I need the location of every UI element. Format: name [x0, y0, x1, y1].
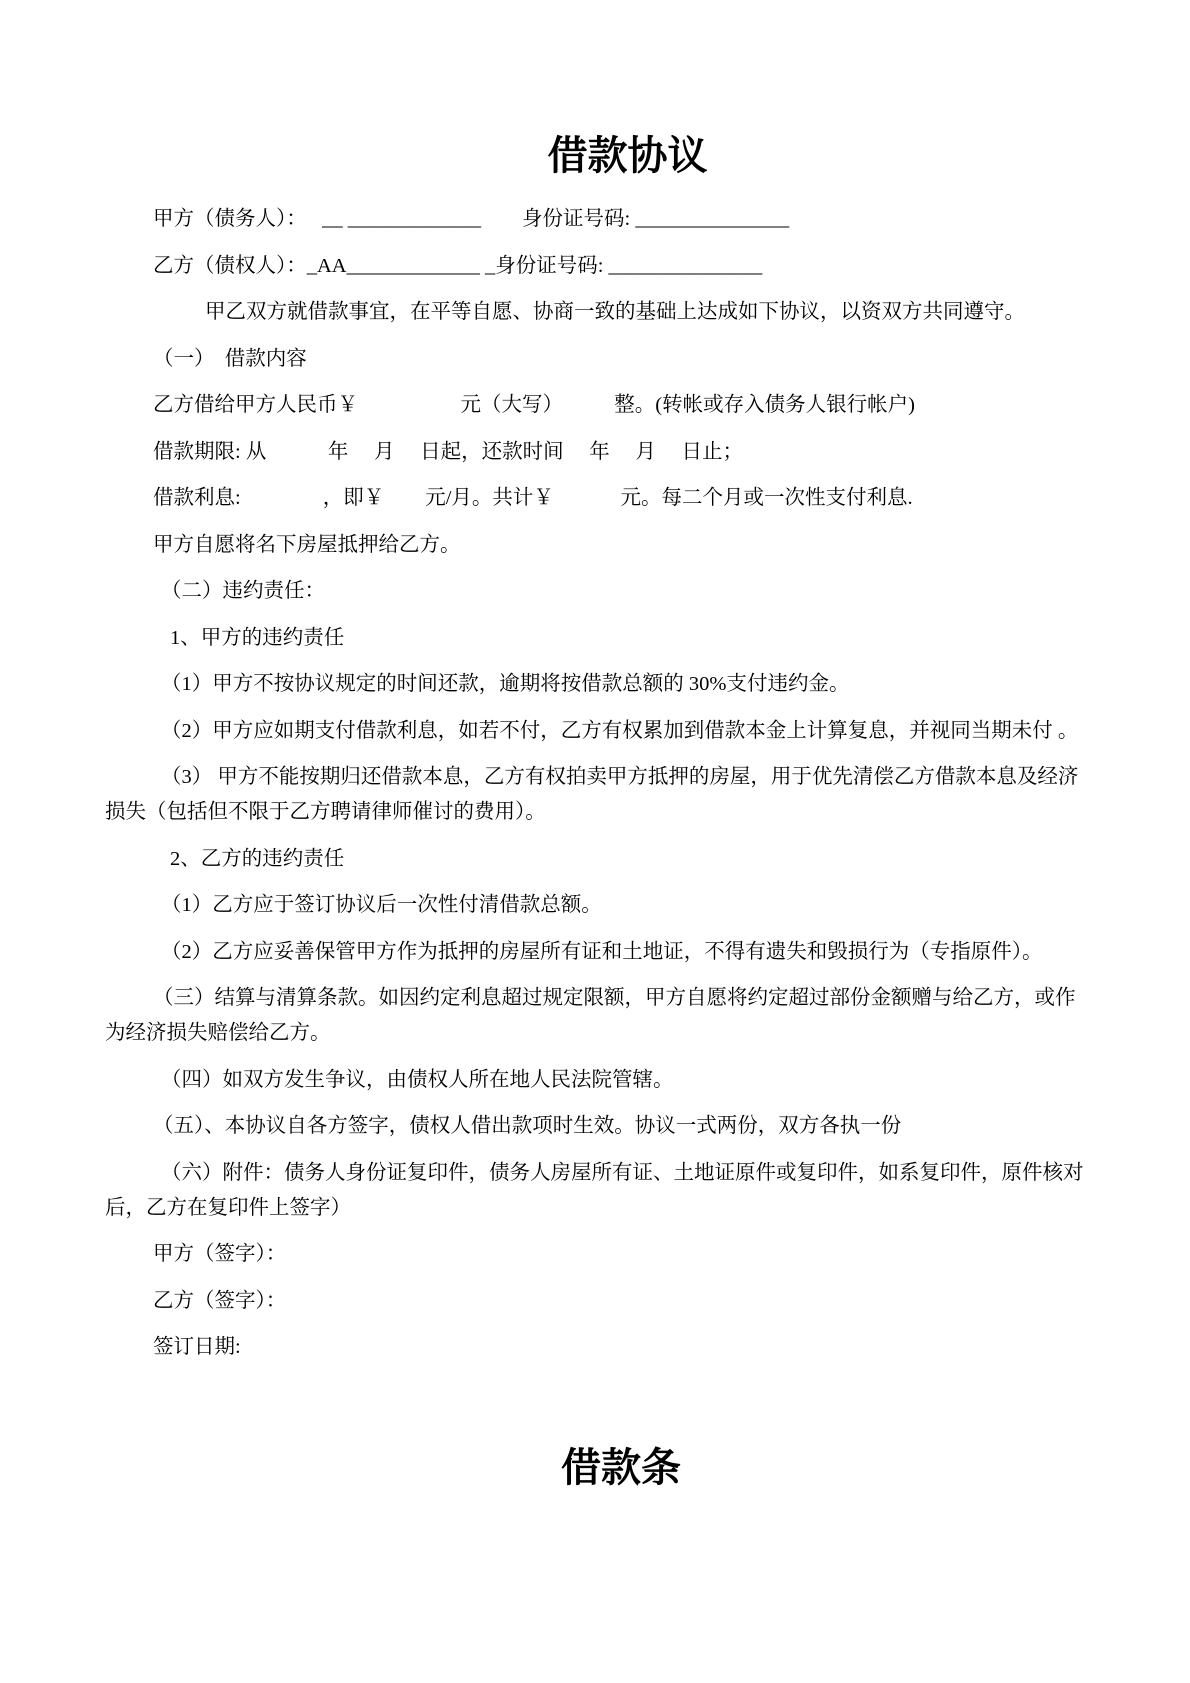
party-a-breach-heading: 1、甲方的违约责任 — [105, 621, 1090, 656]
loan-term-line: 借款期限: 从 年 月 日起，还款时间 年 月 日止； — [105, 435, 1090, 470]
second-page-title: 借款条 — [105, 1442, 1090, 1494]
party-a-signature-line: 甲方（签字）： — [105, 1237, 1090, 1272]
party-b-line: 乙方（债权人）：_AA_____________ _身份证号码: _______… — [105, 249, 1090, 284]
section-1-heading: （一） 借款内容 — [105, 342, 1090, 377]
party-a-breach-item-3: （3） 甲方不能按期归还借款本息，乙方有权拍卖甲方抵押的房屋，用于优先清偿乙方借… — [105, 760, 1090, 830]
preamble: 甲乙双方就借款事宜，在平等自愿、协商一致的基础上达成如下协议，以资双方共同遵守。 — [105, 295, 1090, 330]
party-a-breach-item-2: （2）甲方应如期支付借款利息，如若不付，乙方有权累加到借款本金上计算复息，并视同… — [105, 714, 1090, 749]
page-title: 借款协议 — [105, 0, 1090, 182]
section-6-clause: （六）附件：债务人身份证复印件，债务人房屋所有证、土地证原件或复印件，如系复印件… — [105, 1156, 1090, 1226]
party-a-breach-item-1: （1）甲方不按协议规定的时间还款，逾期将按借款总额的 30%支付违约金。 — [105, 667, 1090, 702]
loan-agreement-document: 借款协议 甲方（债务人）： __ _____________ 身份证号码: __… — [0, 0, 1190, 1683]
section-4-clause: （四）如双方发生争议，由债权人所在地人民法院管辖。 — [105, 1063, 1090, 1098]
signing-date-line: 签订日期: — [105, 1330, 1090, 1365]
party-b-breach-heading: 2、乙方的违约责任 — [105, 842, 1090, 877]
mortgage-line: 甲方自愿将名下房屋抵押给乙方。 — [105, 528, 1090, 563]
section-5-clause: （五）、本协议自各方签字，债权人借出款项时生效。协议一式两份，双方各执一份 — [105, 1109, 1090, 1144]
loan-interest-line: 借款利息: ，即￥ 元/月。共计￥ 元。每二个月或一次性支付利息. — [105, 481, 1090, 516]
party-b-signature-line: 乙方（签字）： — [105, 1284, 1090, 1319]
party-b-breach-item-2: （2）乙方应妥善保管甲方作为抵押的房屋所有证和土地证，不得有遗失和毁损行为（专指… — [105, 935, 1090, 970]
section-2-heading: （二）违约责任： — [105, 574, 1090, 609]
party-a-line: 甲方（债务人）： __ _____________ 身份证号码: _______… — [105, 202, 1090, 237]
document-body: 借款协议 甲方（债务人）： __ _____________ 身份证号码: __… — [0, 0, 1190, 1494]
party-b-breach-item-1: （1）乙方应于签订协议后一次性付清借款总额。 — [105, 888, 1090, 923]
section-3-clause: （三）结算与清算条款。如因约定利息超过规定限额，甲方自愿将约定超过部份金额赠与给… — [105, 981, 1090, 1051]
loan-amount-line: 乙方借给甲方人民币￥ 元（大写） 整。(转帐或存入债务人银行帐户) — [105, 388, 1090, 423]
